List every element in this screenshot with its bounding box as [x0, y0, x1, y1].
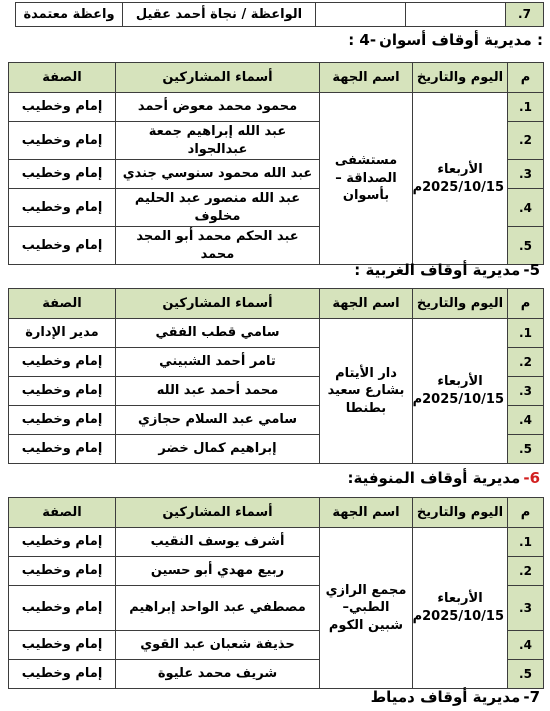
participant-name-cell: شريف محمد عليوة	[116, 660, 320, 689]
role-cell: واعظة معتمدة	[16, 3, 123, 27]
date-text: 2025/10/15م	[416, 608, 504, 626]
section-number: 7-	[523, 688, 540, 706]
section-heading-aswan: : 4-مديرية أوقاف أسوان :	[0, 31, 543, 49]
role-cell: إمام وخطيب	[9, 435, 116, 464]
aswan-table: م اليوم والتاريخ اسم الجهة أسماء المشارك…	[8, 62, 544, 265]
table-row: 1. الأربعاء 2025/10/15م مجمع الرازي الطب…	[9, 528, 544, 557]
participant-name-cell: عبد الله إبراهيم جمعة عبدالجواد	[116, 122, 320, 160]
role-cell: إمام وخطيب	[9, 93, 116, 122]
role-cell: إمام وخطيب	[9, 160, 116, 189]
role-cell: إمام وخطيب	[9, 586, 116, 631]
venue-cell: دار الأيتام بشارع سعيد بطنطا	[320, 319, 413, 464]
section-number: 6-	[523, 469, 540, 487]
gharbia-table: م اليوم والتاريخ اسم الجهة أسماء المشارك…	[8, 288, 544, 464]
table-row: 7. الواعظة / نجاة أحمد عقيل واعظة معتمدة	[16, 3, 544, 27]
empty-venue-cell	[316, 3, 406, 27]
participant-name-cell: سامي قطب الفقي	[116, 319, 320, 348]
section-number: : 4-	[348, 31, 376, 49]
participant-name-cell: تامر أحمد الشبيني	[116, 348, 320, 377]
venue-cell: مجمع الرازي الطبي– شبين الكوم	[320, 528, 413, 689]
role-cell: إمام وخطيب	[9, 377, 116, 406]
row-number-cell: 2.	[508, 557, 544, 586]
row-number-cell: 4.	[508, 406, 544, 435]
table-row: 1. الأربعاء 2025/10/15م دار الأيتام بشار…	[9, 319, 544, 348]
table-row: 1. الأربعاء 2025/10/15م مستشفى الصداقة –…	[9, 93, 544, 122]
date-text: 2025/10/15م	[416, 179, 504, 197]
row-number-cell: 5.	[508, 227, 544, 265]
row-number-cell: 1.	[508, 93, 544, 122]
header-cell-date: اليوم والتاريخ	[413, 289, 508, 319]
header-cell-venue: اسم الجهة	[320, 289, 413, 319]
section-title: مديرية أوقاف أسوان :	[379, 31, 543, 49]
row-number-cell: 1.	[508, 319, 544, 348]
day-text: الأربعاء	[416, 373, 504, 391]
row-number-cell: 7.	[506, 3, 544, 27]
row-number-cell: 2.	[508, 122, 544, 160]
participant-name-cell: أشرف يوسف النقيب	[116, 528, 320, 557]
header-cell-num: م	[508, 289, 544, 319]
venue-cell: مستشفى الصداقة – بأسوان	[320, 93, 413, 265]
header-row: م اليوم والتاريخ اسم الجهة أسماء المشارك…	[9, 498, 544, 528]
header-cell-date: اليوم والتاريخ	[413, 498, 508, 528]
row-number-cell: 2.	[508, 348, 544, 377]
role-cell: إمام وخطيب	[9, 189, 116, 227]
row-number-cell: 5.	[508, 660, 544, 689]
header-cell-role: الصفة	[9, 289, 116, 319]
section-heading-damietta: 7-مديرية أوقاف دمياط	[0, 688, 543, 706]
header-cell-num: م	[508, 498, 544, 528]
role-cell: مدير الإدارة	[9, 319, 116, 348]
participant-name-cell: محمد أحمد عبد الله	[116, 377, 320, 406]
date-cell: الأربعاء 2025/10/15م	[413, 319, 508, 464]
participant-name-cell: ربيع مهدي أبو حسين	[116, 557, 320, 586]
participant-name-cell: محمود محمد معوض أحمد	[116, 93, 320, 122]
header-cell-num: م	[508, 63, 544, 93]
header-cell-date: اليوم والتاريخ	[413, 63, 508, 93]
role-cell: إمام وخطيب	[9, 631, 116, 660]
header-cell-participants: أسماء المشاركين	[116, 498, 320, 528]
header-cell-venue: اسم الجهة	[320, 498, 413, 528]
participant-name-cell: الواعظة / نجاة أحمد عقيل	[123, 3, 316, 27]
header-row: م اليوم والتاريخ اسم الجهة أسماء المشارك…	[9, 63, 544, 93]
row-number-cell: 5.	[508, 435, 544, 464]
role-cell: إمام وخطيب	[9, 557, 116, 586]
section-heading-gharbia: 5-مديرية أوقاف الغربية :	[0, 261, 543, 279]
document-page: 7. الواعظة / نجاة أحمد عقيل واعظة معتمدة…	[0, 0, 550, 711]
participant-name-cell: عبد الحكم محمد أبو المجد محمد	[116, 227, 320, 265]
role-cell: إمام وخطيب	[9, 122, 116, 160]
row-number-cell: 1.	[508, 528, 544, 557]
row-number-cell: 4.	[508, 631, 544, 660]
date-cell: الأربعاء 2025/10/15م	[413, 93, 508, 265]
participant-name-cell: حذيفة شعبان عبد القوي	[116, 631, 320, 660]
section-title: مديرية أوقاف دمياط	[371, 688, 521, 706]
header-cell-role: الصفة	[9, 63, 116, 93]
header-cell-participants: أسماء المشاركين	[116, 289, 320, 319]
menoufia-table: م اليوم والتاريخ اسم الجهة أسماء المشارك…	[8, 497, 544, 689]
empty-date-cell	[406, 3, 506, 27]
role-cell: إمام وخطيب	[9, 660, 116, 689]
row-number-cell: 4.	[508, 189, 544, 227]
day-text: الأربعاء	[416, 161, 504, 179]
row-number-cell: 3.	[508, 586, 544, 631]
role-cell: إمام وخطيب	[9, 406, 116, 435]
header-cell-participants: أسماء المشاركين	[116, 63, 320, 93]
day-text: الأربعاء	[416, 590, 504, 608]
header-row: م اليوم والتاريخ اسم الجهة أسماء المشارك…	[9, 289, 544, 319]
row-number-cell: 3.	[508, 160, 544, 189]
previous-table-last-row: 7. الواعظة / نجاة أحمد عقيل واعظة معتمدة	[15, 2, 544, 27]
role-cell: إمام وخطيب	[9, 227, 116, 265]
date-text: 2025/10/15م	[416, 391, 504, 409]
header-cell-venue: اسم الجهة	[320, 63, 413, 93]
role-cell: إمام وخطيب	[9, 528, 116, 557]
date-cell: الأربعاء 2025/10/15م	[413, 528, 508, 689]
section-title: مديرية أوقاف الغربية :	[354, 261, 520, 279]
participant-name-cell: عبد الله منصور عبد الحليم مخلوف	[116, 189, 320, 227]
section-heading-menoufia: 6-مديرية أوقاف المنوفية:	[0, 469, 543, 487]
section-number: 5-	[523, 261, 540, 279]
participant-name-cell: سامي عبد السلام حجازي	[116, 406, 320, 435]
row-number-cell: 3.	[508, 377, 544, 406]
section-title: مديرية أوقاف المنوفية:	[347, 469, 520, 487]
role-cell: إمام وخطيب	[9, 348, 116, 377]
participant-name-cell: مصطفي عبد الواحد إبراهيم	[116, 586, 320, 631]
participant-name-cell: عبد الله محمود سنوسي جندي	[116, 160, 320, 189]
participant-name-cell: إبراهيم كمال خضر	[116, 435, 320, 464]
header-cell-role: الصفة	[9, 498, 116, 528]
